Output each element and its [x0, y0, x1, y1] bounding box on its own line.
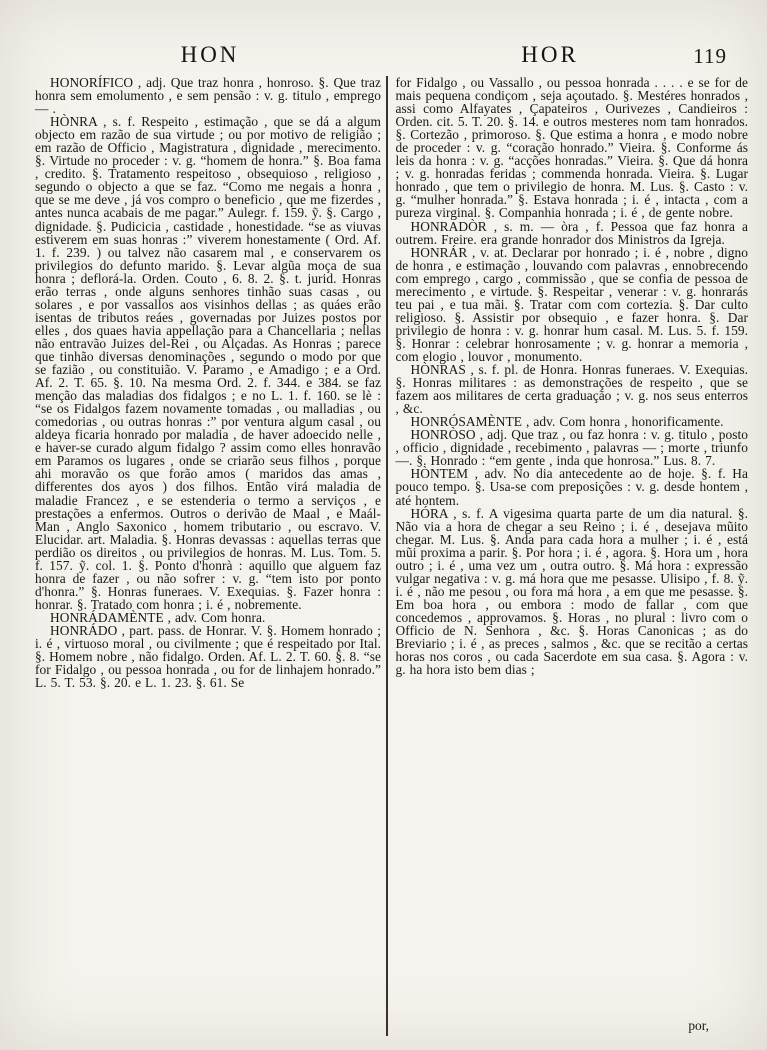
- entry-paragraph: HONRÒSO , adj. Que traz , ou faz honra :…: [396, 428, 749, 467]
- running-header: HON HOR 119: [35, 42, 745, 70]
- right-column: for Fidalgo , ou Vassallo , ou pessoa ho…: [388, 76, 749, 1036]
- catchword: por,: [688, 1018, 709, 1034]
- entry-paragraph: HONRÁDAMÈNTE , adv. Com honra.: [35, 611, 381, 624]
- page-number: 119: [693, 44, 727, 69]
- entry-paragraph: HÒNRA , s. f. Respeito , estimação , que…: [35, 115, 381, 611]
- running-head-right: HOR: [400, 42, 700, 68]
- text-columns: HONORÍFICO , adj. Que traz honra , honro…: [35, 76, 748, 1036]
- entry-paragraph: HÓRA , s. f. A vigesima quarta parte de …: [396, 507, 749, 677]
- entry-paragraph: HONRADÒR , s. m. — òra , f. Pessoa que f…: [396, 220, 749, 246]
- entry-paragraph: HONRÁR , v. at. Declarar por honrado ; i…: [396, 246, 749, 363]
- entry-paragraph: HÒNTEM , adv. No dia antecedente ao de h…: [396, 467, 749, 506]
- entry-paragraph: HONORÍFICO , adj. Que traz honra , honro…: [35, 76, 381, 115]
- entry-paragraph: HONRÁDO , part. pass. de Honrar. V. §. H…: [35, 624, 381, 689]
- left-column: HONORÍFICO , adj. Que traz honra , honro…: [35, 76, 386, 1036]
- running-head-left: HON: [35, 42, 385, 68]
- dictionary-page: HON HOR 119 HONORÍFICO , adj. Que traz h…: [0, 0, 767, 1050]
- entry-paragraph: HÒNRAS , s. f. pl. de Honra. Honras fune…: [396, 363, 749, 415]
- entry-paragraph: for Fidalgo , ou Vassallo , ou pessoa ho…: [396, 76, 749, 220]
